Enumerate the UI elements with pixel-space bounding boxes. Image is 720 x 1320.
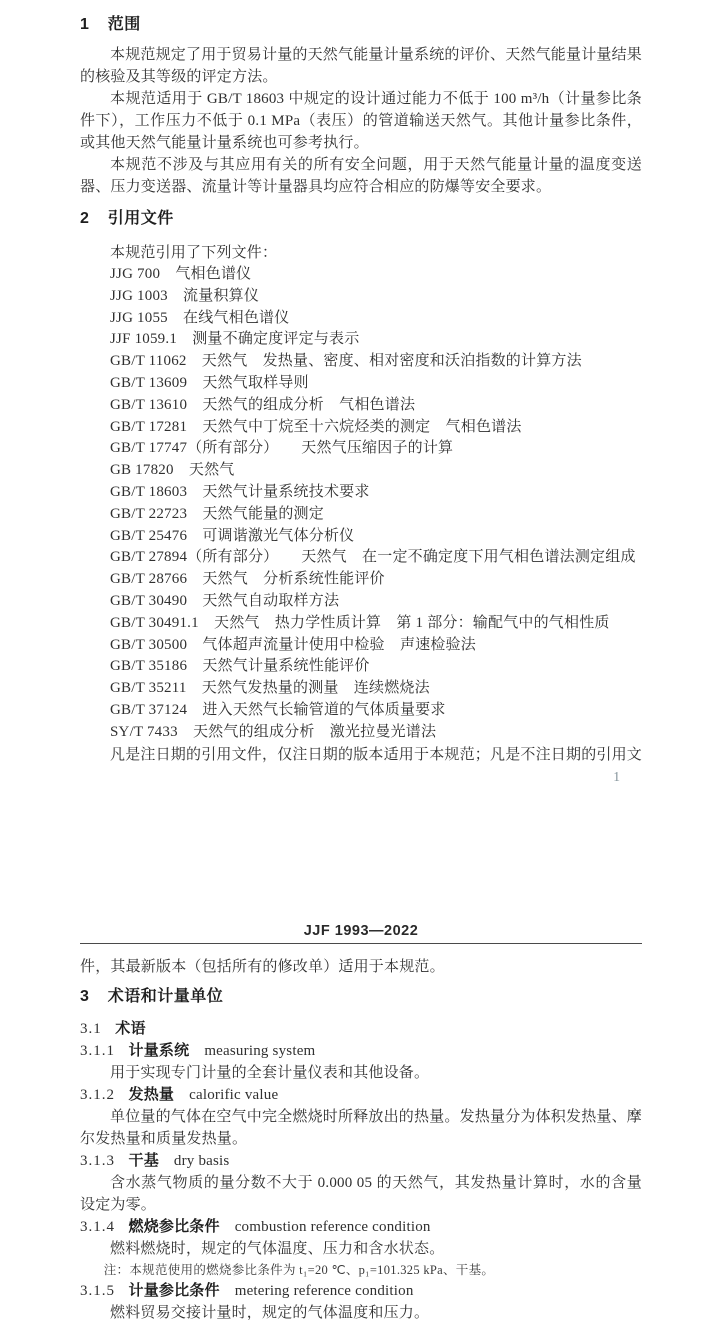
reference-item: JJF 1059.1 测量不确定度评定与表示 (80, 329, 642, 351)
reference-item: JJG 700 气相色谱仪 (80, 264, 642, 286)
term-zh: 干基 (129, 1152, 159, 1169)
reference-item: GB 17820 天然气 (80, 460, 642, 482)
page-1: 1范围 本规范规定了用于贸易计量的天然气能量计量系统的评价、天然气能量计量结果的… (80, 14, 642, 788)
header-rule (80, 943, 642, 944)
reference-item: GB/T 18603 天然气计量系统技术要求 (80, 482, 642, 504)
reference-item: GB/T 13609 天然气取样导则 (80, 373, 642, 395)
page-2: JJF 1993—2022 件，其最新版本（包括所有的修改单）适用于本规范。 3… (80, 921, 642, 1320)
term-number: 3.1.4 (80, 1219, 115, 1235)
section-2-number: 2 (80, 210, 89, 227)
subsection-3-1-title: 术语 (115, 1020, 145, 1037)
subsection-3-1-number: 3.1 (80, 1021, 102, 1037)
reference-item: GB/T 30490 天然气自动取样方法 (80, 591, 642, 613)
term-number: 3.1.2 (80, 1087, 115, 1103)
section-1-heading: 1范围 (80, 14, 642, 36)
term-heading: 3.1.1计量系统measuring system (80, 1040, 642, 1062)
running-header: JJF 1993—2022 (80, 921, 642, 941)
term-definition: 燃料贸易交接计量时，规定的气体温度和压力。 (80, 1302, 642, 1320)
section-2-heading: 2引用文件 (80, 208, 642, 230)
scope-paragraph-2: 本规范适用于 GB/T 18603 中规定的设计通过能力不低于 100 m³/h… (80, 88, 642, 154)
term-entry-3-1-4: 3.1.4燃烧参比条件combustion reference conditio… (80, 1216, 642, 1280)
term-zh: 计量参比条件 (129, 1282, 220, 1299)
reference-item: GB/T 13610 天然气的组成分析 气相色谱法 (80, 395, 642, 417)
reference-item: GB/T 17281 天然气中丁烷至十六烷烃类的测定 气相色谱法 (80, 417, 642, 439)
term-en: metering reference condition (235, 1283, 414, 1299)
reference-item: GB/T 27894（所有部分） 天然气 在一定不确定度下用气相色谱法测定组成 (80, 547, 642, 569)
section-1-title: 范围 (108, 16, 141, 33)
reference-item: SY/T 7433 天然气的组成分析 激光拉曼光谱法 (80, 722, 642, 744)
term-definition: 用于实现专门计量的全套计量仪表和其他设备。 (80, 1062, 642, 1084)
section-3-heading: 3术语和计量单位 (80, 986, 642, 1008)
term-heading: 3.1.5计量参比条件metering reference condition (80, 1280, 642, 1302)
term-definition: 燃料燃烧时，规定的气体温度、压力和含水状态。 (80, 1238, 642, 1260)
reference-item: GB/T 11062 天然气 发热量、密度、相对密度和沃泊指数的计算方法 (80, 351, 642, 373)
page-number: 1 (80, 766, 642, 788)
term-definition: 单位量的气体在空气中完全燃烧时所释放出的热量。发热量分为体积发热量、摩尔发热量和… (80, 1106, 642, 1150)
reference-item: GB/T 35186 天然气计量系统性能评价 (80, 656, 642, 678)
term-en: combustion reference condition (235, 1219, 431, 1235)
reference-item: GB/T 25476 可调谐激光气体分析仪 (80, 526, 642, 548)
reference-item: GB/T 35211 天然气发热量的测量 连续燃烧法 (80, 678, 642, 700)
term-zh: 燃烧参比条件 (129, 1218, 220, 1235)
term-entry-3-1-5: 3.1.5计量参比条件metering reference condition … (80, 1280, 642, 1320)
references-list: JJG 700 气相色谱仪 JJG 1003 流量积算仪 JJG 1055 在线… (80, 264, 642, 744)
section-1-body: 本规范规定了用于贸易计量的天然气能量计量系统的评价、天然气能量计量结果的核验及其… (80, 44, 642, 198)
reference-item: JJG 1055 在线气相色谱仪 (80, 308, 642, 330)
term-entry-3-1-2: 3.1.2发热量calorific value 单位量的气体在空气中完全燃烧时所… (80, 1084, 642, 1150)
section-3-number: 3 (80, 988, 89, 1005)
reference-item: GB/T 37124 进入天然气长输管道的气体质量要求 (80, 700, 642, 722)
continuation-line: 件，其最新版本（包括所有的修改单）适用于本规范。 (80, 956, 642, 978)
scope-paragraph-3: 本规范不涉及与其应用有关的所有安全问题，用于天然气能量计量的温度变送器、压力变送… (80, 154, 642, 198)
term-en: dry basis (174, 1153, 230, 1169)
scope-paragraph-1: 本规范规定了用于贸易计量的天然气能量计量系统的评价、天然气能量计量结果的核验及其… (80, 44, 642, 88)
subsection-3-1-heading: 3.1术语 (80, 1018, 642, 1040)
term-heading: 3.1.2发热量calorific value (80, 1084, 642, 1106)
term-zh: 发热量 (129, 1086, 175, 1103)
term-entry-3-1-1: 3.1.1计量系统measuring system 用于实现专门计量的全套计量仪… (80, 1040, 642, 1084)
reference-item: JJG 1003 流量积算仪 (80, 286, 642, 308)
references-intro: 本规范引用了下列文件： (80, 242, 642, 264)
reference-item: GB/T 22723 天然气能量的测定 (80, 504, 642, 526)
term-number: 3.1.1 (80, 1043, 115, 1059)
page-gap (80, 788, 642, 921)
section-2-title: 引用文件 (108, 210, 174, 227)
term-number: 3.1.5 (80, 1283, 115, 1299)
references-trailing-line: 凡是注日期的引用文件，仅注日期的版本适用于本规范；凡是不注日期的引用文 (80, 744, 642, 766)
reference-item: GB/T 30500 气体超声流量计使用中检验 声速检验法 (80, 635, 642, 657)
term-number: 3.1.3 (80, 1153, 115, 1169)
term-heading: 3.1.3干基dry basis (80, 1150, 642, 1172)
term-zh: 计量系统 (129, 1042, 190, 1059)
term-note: 注：本规范使用的燃烧参比条件为 t₁=20 ℃、p₁=101.325 kPa、干… (80, 1260, 642, 1280)
standard-document-view: 1范围 本规范规定了用于贸易计量的天然气能量计量系统的评价、天然气能量计量结果的… (0, 0, 720, 1320)
reference-item: GB/T 17747（所有部分） 天然气压缩因子的计算 (80, 438, 642, 460)
section-3-title: 术语和计量单位 (108, 988, 224, 1005)
term-entry-3-1-3: 3.1.3干基dry basis 含水蒸气物质的量分数不大于 0.000 05 … (80, 1150, 642, 1216)
term-heading: 3.1.4燃烧参比条件combustion reference conditio… (80, 1216, 642, 1238)
term-en: calorific value (189, 1087, 278, 1103)
term-en: measuring system (204, 1043, 315, 1059)
section-1-number: 1 (80, 16, 89, 33)
term-definition: 含水蒸气物质的量分数不大于 0.000 05 的天然气，其发热量计算时，水的含量… (80, 1172, 642, 1216)
reference-item: GB/T 28766 天然气 分析系统性能评价 (80, 569, 642, 591)
reference-item: GB/T 30491.1 天然气 热力学性质计算 第 1 部分：输配气中的气相性… (80, 613, 642, 635)
